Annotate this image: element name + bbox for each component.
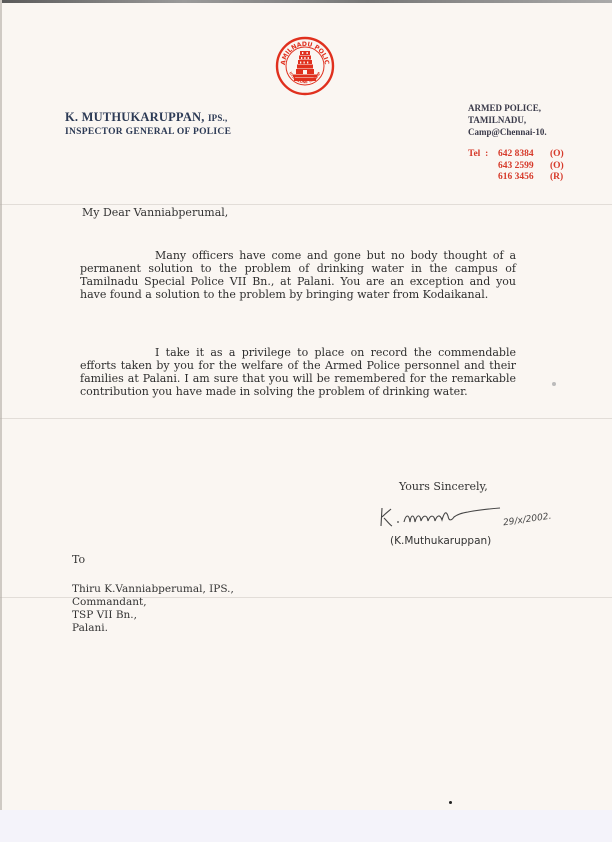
sender-suffix: IPS., [208, 113, 228, 123]
phone-number: 616 3456 [498, 172, 550, 184]
to-label: To [72, 553, 85, 566]
scan-edge-top [0, 0, 612, 3]
phone-type: (R) [550, 172, 563, 184]
paper-fold-line [0, 418, 612, 419]
address-line: TSP VII Bn., [72, 609, 234, 622]
handwritten-signature [378, 500, 513, 530]
phone-type: (O) [550, 161, 564, 173]
closing: Yours Sincerely, [399, 480, 488, 493]
scan-speck [552, 382, 556, 386]
sender-name: K. MUTHUKARUPPAN, IPS., [65, 110, 231, 125]
phone-numbers: Tel : 642 8384 (O) 643 2599 (O) 616 3456… [468, 149, 564, 184]
phone-row: 616 3456 (R) [468, 172, 564, 184]
scan-speck [449, 801, 452, 804]
phone-number: 642 8384 [498, 149, 550, 161]
office-line: Camp@Chennai-10. [468, 126, 547, 138]
phone-row: Tel : 642 8384 (O) [468, 149, 564, 161]
tel-label: Tel [468, 149, 480, 159]
scan-edge-left [0, 0, 2, 842]
office-line: ARMED POLICE, [468, 102, 547, 114]
office-line: TAMILNADU, [468, 114, 547, 126]
scan-edge-bottom [0, 810, 612, 842]
paper-fold-line [0, 204, 612, 205]
body-paragraph: Many officers have come and gone but no … [80, 249, 516, 301]
signee-name: (K.Muthukaruppan) [390, 535, 491, 547]
salutation: My Dear Vanniabperumal, [82, 206, 228, 219]
tamilnadu-police-emblem-icon: TAMILNADU POLICE TRUTH ALONE TRIUMPHS [275, 36, 335, 96]
sender-title: INSPECTOR GENERAL OF POLICE [65, 127, 231, 137]
office-address: ARMED POLICE, TAMILNADU, Camp@Chennai-10… [468, 102, 547, 138]
address-line: Palani. [72, 622, 234, 635]
phone-number: 643 2599 [498, 161, 550, 173]
address-line: Thiru K.Vanniabperumal, IPS., [72, 583, 234, 596]
body-paragraph: I take it as a privilege to place on rec… [80, 346, 516, 398]
recipient-address: Thiru K.Vanniabperumal, IPS., Commandant… [72, 583, 234, 635]
sender-block: K. MUTHUKARUPPAN, IPS., INSPECTOR GENERA… [65, 110, 231, 137]
phone-row: 643 2599 (O) [468, 161, 564, 173]
phone-type: (O) [550, 149, 564, 161]
address-line: Commandant, [72, 596, 234, 609]
